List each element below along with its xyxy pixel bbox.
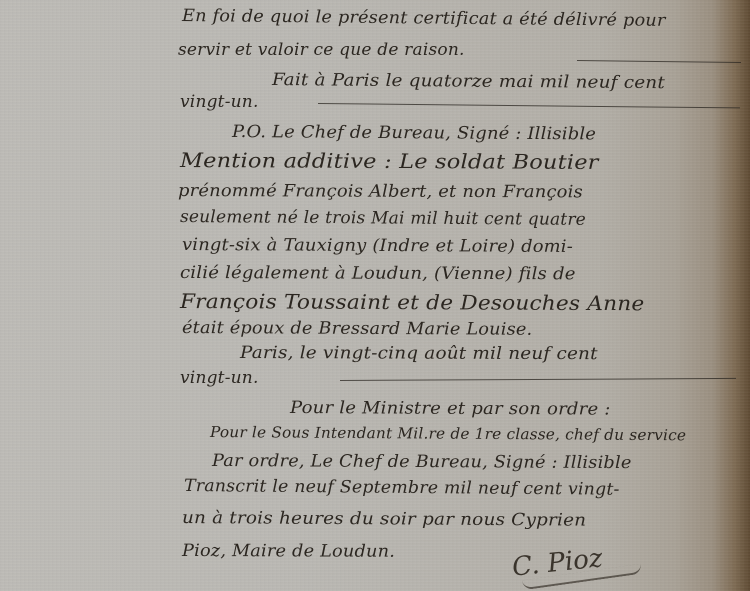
text-line: était époux de Bressard Marie Louise. — [182, 320, 532, 339]
text-line: vingt-six à Tauxigny (Indre et Loire) do… — [182, 237, 573, 256]
text-line: prénommé François Albert, et non Françoi… — [178, 183, 583, 201]
text-line: cilié légalement à Loudun, (Vienne) fils… — [180, 265, 576, 283]
text-line: un à trois heures du soir par nous Cypri… — [182, 510, 586, 530]
text-line: Pour le Sous Intendant Mil.re de 1re cla… — [210, 425, 686, 443]
text-line: Fait à Paris le quatorze mai mil neuf ce… — [272, 72, 665, 92]
text-line: Pour le Ministre et par son ordre : — [290, 400, 611, 419]
fill-line — [577, 60, 741, 63]
text-line: En foi de quoi le présent certificat a é… — [182, 8, 750, 31]
text-line: P.O. Le Chef de Bureau, Signé : Illisibl… — [232, 124, 596, 143]
fill-line — [318, 103, 740, 108]
text-line: seulement né le trois Mai mil huit cent … — [180, 209, 586, 229]
document-page: En foi de quoi le présent certificat a é… — [0, 0, 750, 591]
text-line: servir et valoir ce que de raison. — [178, 42, 465, 59]
text-line: Pioz, Maire de Loudun. — [182, 543, 395, 561]
text-line: François Toussaint et de Desouches Anne — [180, 291, 645, 313]
fill-line — [340, 378, 736, 381]
text-line: Transcrit le neuf Septembre mil neuf cen… — [184, 478, 620, 499]
text-line: Par ordre, Le Chef de Bureau, Signé : Il… — [212, 453, 632, 472]
text-line: Paris, le vingt-cinq août mil neuf cent — [240, 345, 598, 363]
text-line: Mention additive : Le soldat Boutier — [180, 150, 599, 172]
text-line: vingt-un. — [180, 370, 259, 387]
text-line: vingt-un. — [180, 94, 259, 111]
